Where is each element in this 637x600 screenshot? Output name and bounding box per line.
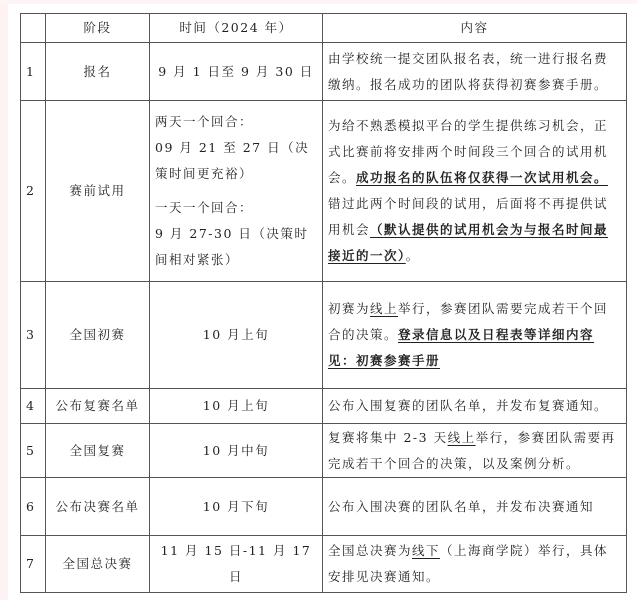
table-row: 2 赛前试用 两天一个回合： 09 月 21 至 27 日（决策时间更充裕） 一… <box>21 101 627 282</box>
spacer <box>155 187 317 195</box>
row-number: 1 <box>21 43 46 101</box>
content-text: 公布入围复赛的团队名单，并发布复赛通知。 <box>328 398 608 413</box>
header-stage: 阶段 <box>46 14 150 43</box>
table-row: 1 报名 9 月 1 日至 9 月 30 日 由学校统一提交团队报名表，统一进行… <box>21 43 627 101</box>
page-edge-tint-left <box>0 0 8 600</box>
content-text: 初赛为 <box>328 301 370 316</box>
content-text: 复赛将集中 2-3 天 <box>328 430 448 445</box>
row-time: 10 月上旬 <box>150 389 323 424</box>
content-text: 公布入围决赛的团队名单，并发布决赛通知 <box>328 499 594 514</box>
row-number: 5 <box>21 424 46 478</box>
row-content: 复赛将集中 2-3 天线上举行，参赛团队需要再完成若干个回合的决策，以及案例分析… <box>323 424 627 478</box>
time-block-title: 一天一个回合： <box>155 195 317 221</box>
underlined-text: 线上 <box>370 301 398 316</box>
emphasized-text: 成功报名的队伍将仅获得一次试用机会。 <box>356 170 608 185</box>
row-stage: 全国初赛 <box>46 282 150 389</box>
content-text: 全国总决赛为 <box>328 543 412 558</box>
row-time: 9 月 1 日至 9 月 30 日 <box>150 43 323 101</box>
content-text: 。 <box>406 248 420 263</box>
header-content: 内容 <box>323 14 627 43</box>
header-num <box>21 14 46 43</box>
row-stage: 全国总决赛 <box>46 536 150 593</box>
row-time: 两天一个回合： 09 月 21 至 27 日（决策时间更充裕） 一天一个回合： … <box>150 101 323 282</box>
table-header-row: 阶段 时间（2024 年） 内容 <box>21 14 627 43</box>
row-content: 由学校统一提交团队报名表，统一进行报名费缴纳。报名成功的团队将获得初赛参赛手册。 <box>323 43 627 101</box>
row-time: 10 月上旬 <box>150 282 323 389</box>
row-content: 公布入围决赛的团队名单，并发布决赛通知 <box>323 478 627 536</box>
row-content: 初赛为线上举行，参赛团队需要完成若干个回合的决策。登录信息以及日程表等详细内容见… <box>323 282 627 389</box>
row-number: 4 <box>21 389 46 424</box>
time-block-title: 两天一个回合： <box>155 109 317 135</box>
header-time: 时间（2024 年） <box>150 14 323 43</box>
emphasized-text: （默认提供的试用机会为与报名时间最接近的一次） <box>328 222 608 263</box>
row-stage: 报名 <box>46 43 150 101</box>
time-block-detail: 09 月 21 至 27 日（决策时间更充裕） <box>155 135 317 187</box>
time-block-detail: 9 月 27-30 日（决策时间相对紧张） <box>155 221 317 273</box>
table-row: 6 公布决赛名单 10 月下旬 公布入围决赛的团队名单，并发布决赛通知 <box>21 478 627 536</box>
competition-schedule-table: 阶段 时间（2024 年） 内容 1 报名 9 月 1 日至 9 月 30 日 … <box>20 13 627 593</box>
row-stage: 公布复赛名单 <box>46 389 150 424</box>
row-time: 10 月中旬 <box>150 424 323 478</box>
row-time: 10 月下旬 <box>150 478 323 536</box>
row-number: 6 <box>21 478 46 536</box>
underlined-text: 线下 <box>412 543 440 558</box>
page-edge-tint-top <box>0 0 637 4</box>
row-number: 7 <box>21 536 46 593</box>
table-row: 5 全国复赛 10 月中旬 复赛将集中 2-3 天线上举行，参赛团队需要再完成若… <box>21 424 627 478</box>
content-text: 由学校统一提交团队报名表，统一进行报名费缴纳。报名成功的团队将获得初赛参赛手册。 <box>328 51 608 92</box>
row-stage: 公布决赛名单 <box>46 478 150 536</box>
row-content: 公布入围复赛的团队名单，并发布复赛通知。 <box>323 389 627 424</box>
underlined-text: 线上 <box>448 430 476 445</box>
row-stage: 全国复赛 <box>46 424 150 478</box>
row-number: 3 <box>21 282 46 389</box>
row-time: 11 月 15 日-11 月 17 日 <box>150 536 323 593</box>
row-content: 全国总决赛为线下（上海商学院）举行，具体安排见决赛通知。 <box>323 536 627 593</box>
table-row: 4 公布复赛名单 10 月上旬 公布入围复赛的团队名单，并发布复赛通知。 <box>21 389 627 424</box>
row-number: 2 <box>21 101 46 282</box>
row-content: 为给不熟悉模拟平台的学生提供练习机会，正式比赛前将安排两个时间段三个回合的试用机… <box>323 101 627 282</box>
row-stage: 赛前试用 <box>46 101 150 282</box>
table-row: 7 全国总决赛 11 月 15 日-11 月 17 日 全国总决赛为线下（上海商… <box>21 536 627 593</box>
table-row: 3 全国初赛 10 月上旬 初赛为线上举行，参赛团队需要完成若干个回合的决策。登… <box>21 282 627 389</box>
